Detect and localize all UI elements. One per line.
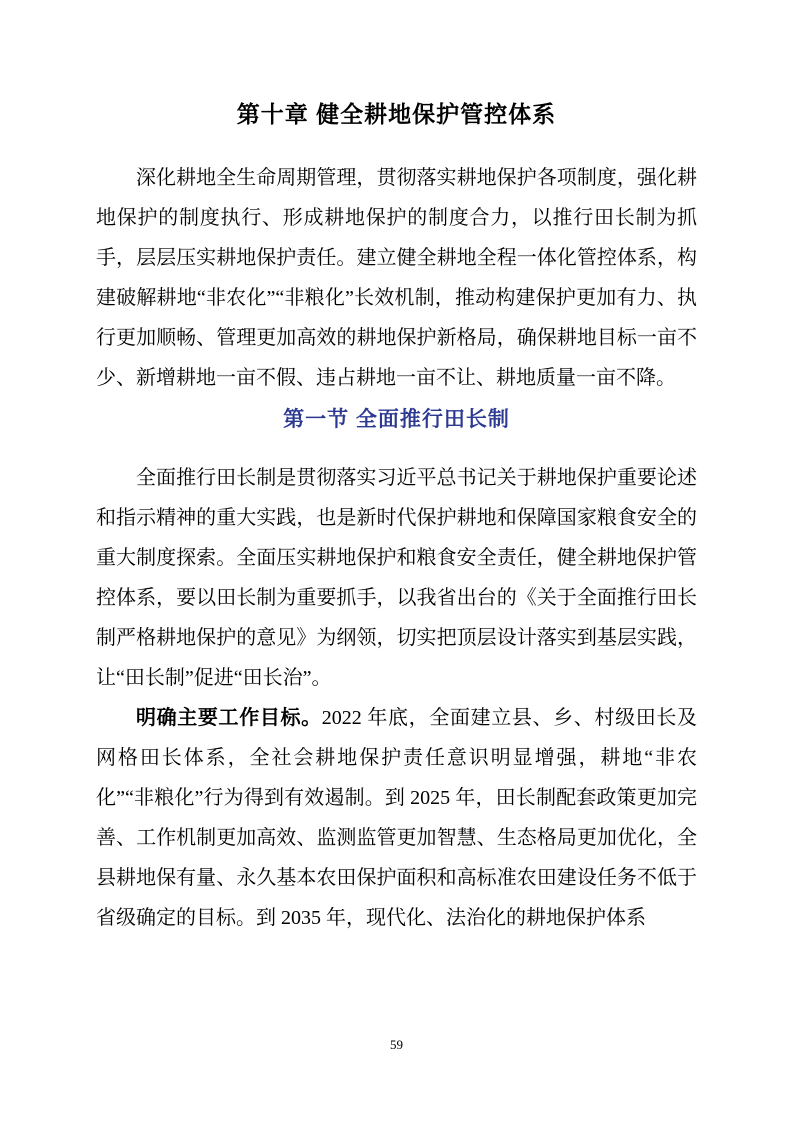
paragraph-work-goals-lead: 明确主要工作目标。 xyxy=(136,707,322,729)
paragraph-work-goals: 明确主要工作目标。2022 年底，全面建立县、乡、村级田长及网格田长体系，全社会… xyxy=(96,698,697,938)
paragraph-section-intro: 全面推行田长制是贯彻落实习近平总书记关于耕地保护重要论述和指示精神的重大实践，也… xyxy=(96,458,697,698)
section-title: 第一节 全面推行田长制 xyxy=(96,400,697,440)
page-number: 59 xyxy=(0,1038,793,1052)
document-page: 第十章 健全耕地保护管控体系 深化耕地全生命周期管理，贯彻落实耕地保护各项制度，… xyxy=(0,0,793,1122)
chapter-title: 第十章 健全耕地保护管控体系 xyxy=(96,96,697,132)
paragraph-work-goals-body: 2022 年底，全面建立县、乡、村级田长及网格田长体系，全社会耕地保护责任意识明… xyxy=(96,707,697,929)
paragraph-intro: 深化耕地全生命周期管理，贯彻落实耕地保护各项制度，强化耕地保护的制度执行、形成耕… xyxy=(96,158,697,398)
